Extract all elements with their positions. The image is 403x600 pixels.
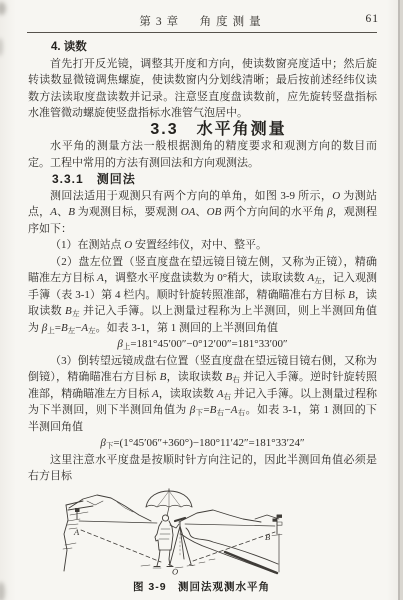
- section-heading-3-3: 3.3 水平角测量: [28, 122, 377, 139]
- figure-caption: 图 3-9 测回法观测水平角: [0, 579, 403, 594]
- paragraph-method-intro: 测回法适用于观测只有两个方向的单角，如图 3-9 所示，O 为测站点，A、B 为…: [28, 188, 377, 238]
- paragraph-reading: 首先打开反光镜，调整其开度和方向，使读数窗亮度适中；然后旋转读数显微镜调焦螺旋，…: [28, 56, 377, 122]
- figure-3-9: A: [29, 488, 361, 576]
- paragraph-note: 这里注意水平度盘是按顺时针方向注记的，因此半测回角值必须是右方目标: [28, 452, 377, 485]
- formula-lower-half: β下=(1°45′06″+360°)−180°11′42″=181°33′24″: [28, 435, 377, 452]
- chapter-title: 第3章 角度测量: [28, 13, 377, 29]
- book-page: 第3章 角度测量 61 4. 读数 首先打开反光镜，调整其开度和方向，使读数窗亮…: [0, 0, 403, 600]
- figure-illustration: A: [29, 488, 361, 576]
- target-a-flag-icon: [75, 508, 80, 512]
- step-1: （1）在测站点 O 安置经纬仪，对中、整平。: [28, 237, 377, 254]
- figure-label-b: B: [265, 532, 270, 542]
- step-2: （2）盘左位置（竖直度盘在望远镜目镜左侧，又称为正镜），精确瞄准左方目标 A，调…: [28, 254, 377, 337]
- step-3: （3）倒转望远镜成盘右位置（竖直度盘在望远镜目镜右侧，又称为倒镜），精确瞄准右方…: [28, 353, 377, 436]
- surveyor: [154, 514, 179, 566]
- scan-edge-right-line: [398, 0, 400, 600]
- umbrella-icon: [146, 488, 192, 515]
- figure-label-a: A: [73, 527, 80, 537]
- formula-upper-half: β上=181°45′00″−0°12′00″=181°33′00″: [28, 336, 377, 353]
- page-number: 61: [366, 13, 380, 25]
- heading-reading: 4. 读数: [28, 39, 377, 56]
- cliff-and-target-a: A: [63, 501, 93, 571]
- page-body: 4. 读数 首先打开反光镜，调整其开度和方向，使读数窗亮度适中；然后旋转读数显微…: [0, 33, 403, 485]
- paragraph-section-intro: 水平角的测量方法一般根据测角的精度要求和观测方向的数目而定。工程中常用的方法有测…: [28, 138, 377, 171]
- page-header: 第3章 角度测量 61: [0, 0, 403, 29]
- target-pole-b: B: [265, 514, 282, 542]
- subsection-heading-3-3-1: 3.3.1 测回法: [28, 171, 377, 188]
- mountains: [69, 495, 279, 522]
- target-b-flag-icon: [277, 514, 282, 517]
